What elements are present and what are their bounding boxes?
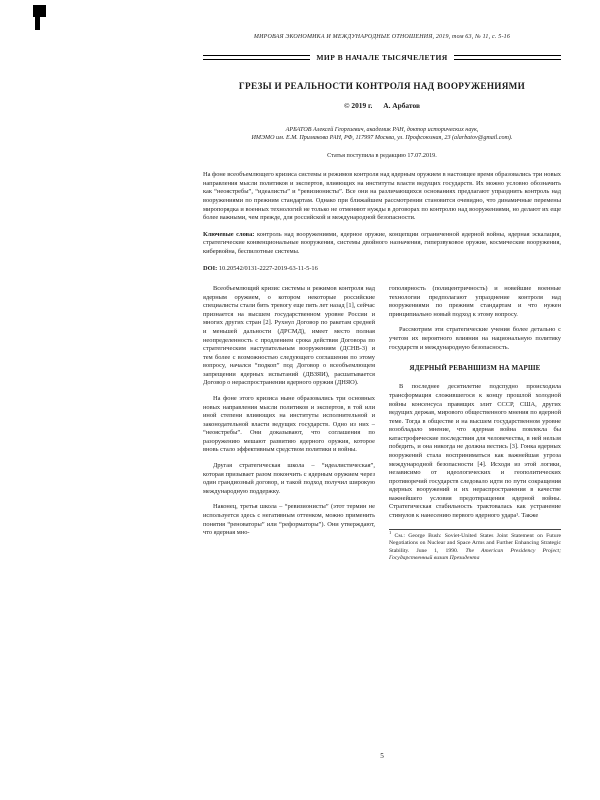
- keywords-label: Ключевые слова:: [203, 231, 254, 238]
- right-paragraph-2: Рассмотрим эти стратегические учения бол…: [389, 326, 561, 352]
- left-paragraph-3: Другая стратегическая школа – “идеалисти…: [203, 462, 375, 496]
- left-paragraph-4: Наконец, третья школа – “ревизионисты” (…: [203, 503, 375, 537]
- right-column: гополярность (полицентричность) и новейш…: [389, 285, 561, 563]
- scan-artifact-bar: [35, 16, 40, 30]
- section-banner-label: МИР В НАЧАЛЕ ТЫСЯЧЕЛЕТИЯ: [316, 53, 447, 62]
- abstract: На фоне всеобъемлющего кризиса системы и…: [203, 171, 561, 222]
- left-column: Всеобъемлющий кризис системы и режимов к…: [203, 285, 375, 563]
- doi-line: DOI: 10.20542/0131-2227-2019-63-11-5-16: [203, 265, 561, 272]
- footnote-marker: 1: [389, 530, 391, 535]
- copyright-line: © 2019 г. А. Арбатов: [203, 101, 561, 110]
- body-columns: Всеобъемлющий кризис системы и режимов к…: [203, 285, 561, 563]
- affiliation-line-2: ИМЭМО им. Е.М. Примакова РАН, РФ, 117997…: [203, 134, 561, 142]
- right-paragraph-3: В последнее десятилетие подспудно происх…: [389, 383, 561, 520]
- copyright-year: © 2019 г.: [344, 101, 372, 110]
- left-paragraph-2: На фоне этого кризиса ныне образовались …: [203, 395, 375, 455]
- keywords-text: контроль над вооружениями, ядерное оружи…: [203, 231, 561, 255]
- footnote: 1 См.: George Bush: Soviet-United States…: [389, 529, 561, 563]
- author-name: А. Арбатов: [383, 101, 420, 110]
- page-content: МИРОВАЯ ЭКОНОМИКА И МЕЖДУНАРОДНЫЕ ОТНОШЕ…: [203, 34, 561, 563]
- footnote-prefix: См.:: [395, 533, 409, 539]
- affiliation-line-1: АРБАТОВ Алексей Георгиевич, академик РАН…: [203, 126, 561, 134]
- article-title: ГРЕЗЫ И РЕАЛЬНОСТИ КОНТРОЛЯ НАД ВООРУЖЕН…: [203, 81, 561, 91]
- doi-value: 10.20542/0131-2227-2019-63-11-5-16: [219, 265, 318, 272]
- doi-label: DOI:: [203, 265, 217, 272]
- page-number: 5: [203, 752, 561, 760]
- left-paragraph-1: Всеобъемлющий кризис системы и режимов к…: [203, 285, 375, 388]
- right-paragraph-1: гополярность (полицентричность) и новейш…: [389, 285, 561, 319]
- section-banner: МИР В НАЧАЛЕ ТЫСЯЧЕЛЕТИЯ: [203, 53, 561, 62]
- section-heading: ЯДЕРНЫЙ РЕВАНШИЗМ НА МАРШЕ: [389, 364, 561, 373]
- banner-rule-right: [454, 55, 561, 60]
- banner-rule-left: [203, 55, 310, 60]
- author-affiliation: АРБАТОВ Алексей Георгиевич, академик РАН…: [203, 126, 561, 142]
- keywords-block: Ключевые слова: контроль над вооружениям…: [203, 231, 561, 257]
- journal-header: МИРОВАЯ ЭКОНОМИКА И МЕЖДУНАРОДНЫЕ ОТНОШЕ…: [203, 34, 561, 40]
- received-date-line: Статья поступила в редакцию 17.07.2019.: [203, 152, 561, 159]
